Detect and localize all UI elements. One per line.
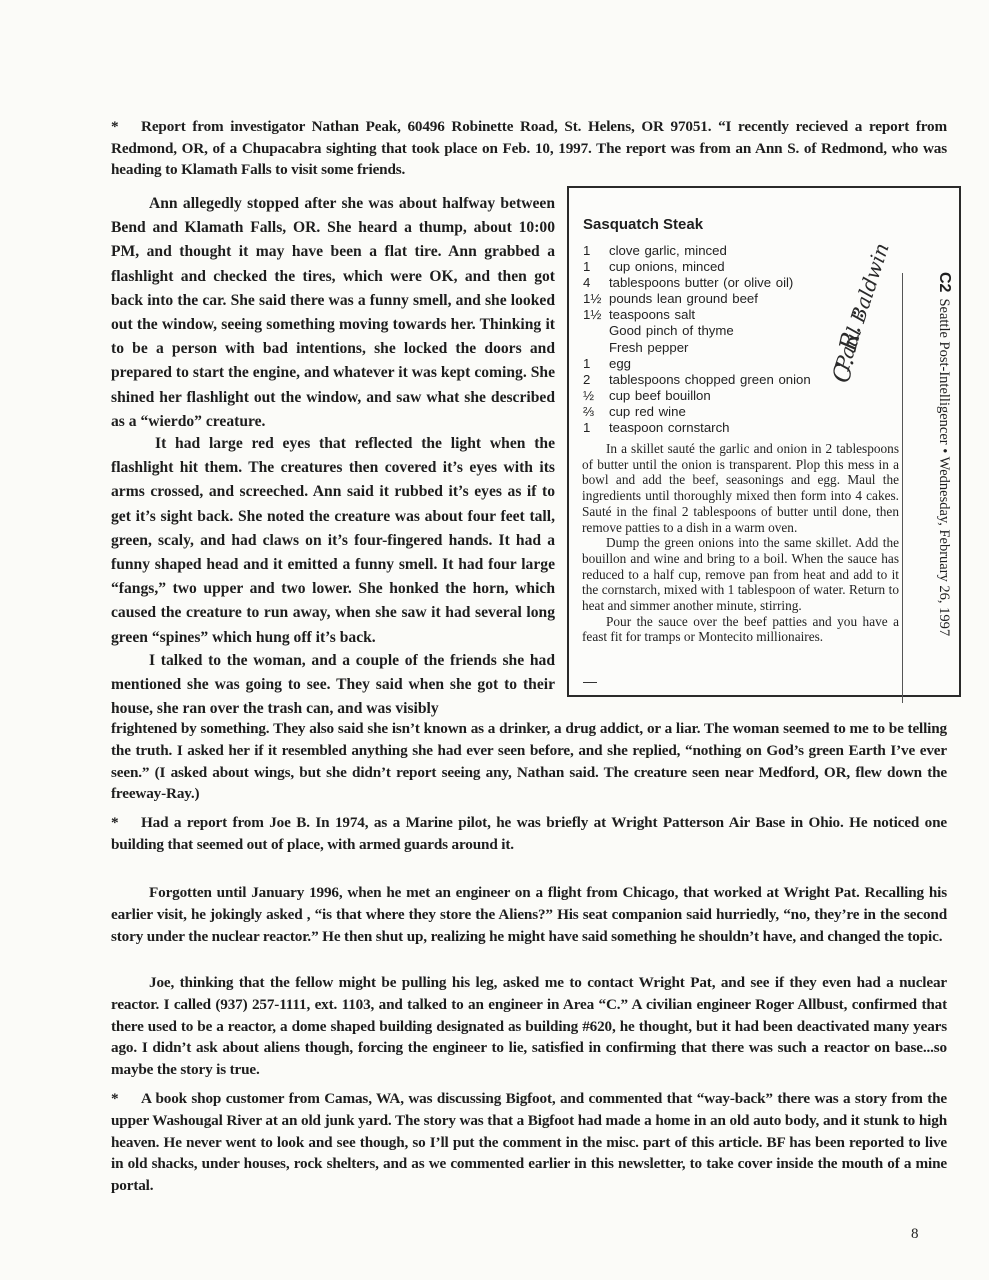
ingredient-item: 1cup onions, minced xyxy=(583,259,811,275)
newspaper-masthead: C2Seattle Post-Intelligencer • Wednesday… xyxy=(927,272,953,732)
ingredient-item: 1teaspoon cornstarch xyxy=(583,420,811,436)
newspaper-recipe-clipping: Sasquatch Steak 1clove garlic, minced 1c… xyxy=(567,186,961,697)
ingredient-item: 1clove garlic, minced xyxy=(583,243,811,259)
recipe-title: Sasquatch Steak xyxy=(583,216,703,233)
ingredient-item: ½cup beef bouillon xyxy=(583,388,811,404)
report-paragraph-creature: It had large red eyes that reflected the… xyxy=(111,432,555,650)
bullet-asterisk: * xyxy=(111,1088,141,1110)
bullet-asterisk: * xyxy=(111,812,141,834)
page-number: 8 xyxy=(911,1226,919,1243)
section-label: C2 xyxy=(936,272,953,292)
ingredient-item: 1½teaspoons salt xyxy=(583,307,811,323)
report-paragraph-talked-narrow: I talked to the woman, and a couple of t… xyxy=(111,649,555,722)
report-paragraph-stop: Ann allegedly stopped after she was abou… xyxy=(111,192,555,434)
report-paragraph-forgotten: Forgotten until January 1996, when he me… xyxy=(111,882,947,947)
bullet-asterisk: * xyxy=(111,116,141,138)
masthead-text: Seattle Post-Intelligencer • Wednesday, … xyxy=(936,298,952,636)
ingredient-item: 1½pounds lean ground beef xyxy=(583,291,811,307)
direction-step: Pour the sauce over the beef patties and… xyxy=(582,614,899,645)
ingredient-item: 4tablespoons butter (or olive oil) xyxy=(583,275,811,291)
handwritten-name: Paul Baldwin xyxy=(830,240,894,373)
ingredient-list: 1clove garlic, minced 1cup onions, mince… xyxy=(583,243,811,436)
report-paragraph-wright-pat: Joe, thinking that the fellow might be p… xyxy=(111,972,947,1081)
ingredient-item: Fresh pepper xyxy=(583,340,811,356)
ingredient-item: 1egg xyxy=(583,356,811,372)
ingredient-item: Good pinch of thyme xyxy=(583,323,811,339)
ingredient-item: ⅔cup red wine xyxy=(583,404,811,420)
report-paragraph-talked-wide: frightened by something. They also said … xyxy=(111,718,947,805)
newsletter-page: *Report from investigator Nathan Peak, 6… xyxy=(0,0,989,1280)
ingredient-item: 2tablespoons chopped green onion xyxy=(583,372,811,388)
report-nathan-peak-intro: *Report from investigator Nathan Peak, 6… xyxy=(111,116,947,181)
end-dash xyxy=(583,682,597,683)
direction-step: Dump the green onions into the same skil… xyxy=(582,535,899,614)
report-camas-bigfoot: *A book shop customer from Camas, WA, wa… xyxy=(111,1088,947,1197)
report-joe-b-intro: *Had a report from Joe B. In 1974, as a … xyxy=(111,812,947,855)
direction-step: In a skillet sauté the garlic and onion … xyxy=(582,441,899,535)
recipe-directions: In a skillet sauté the garlic and onion … xyxy=(582,441,899,645)
masthead-rule xyxy=(902,273,903,703)
